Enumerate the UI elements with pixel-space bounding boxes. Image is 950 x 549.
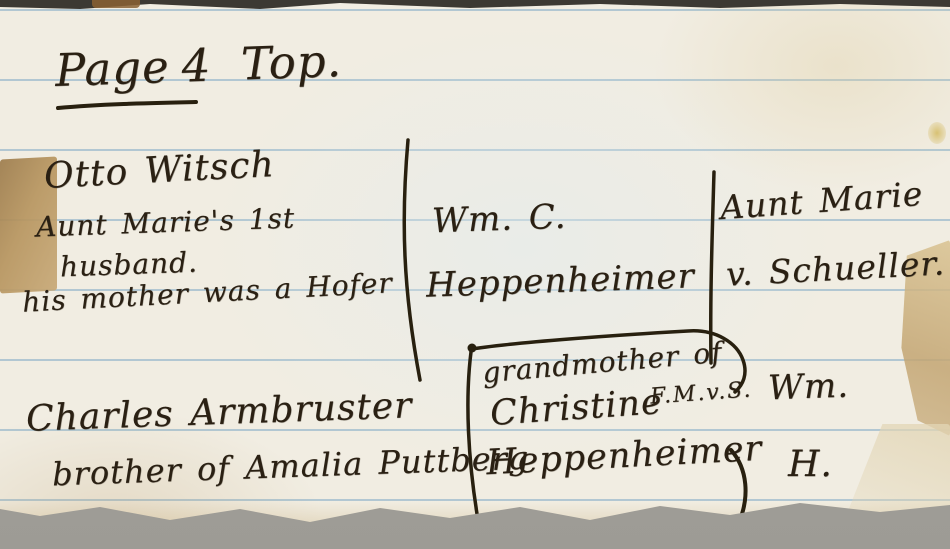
column-separator-right-stroke — [711, 172, 714, 363]
page-title: Page 4 Top. — [54, 37, 342, 94]
boxed-caption: grandmother of — [481, 338, 723, 388]
page-title-word: Page — [54, 43, 170, 94]
entry-wm-c-surname: Heppenheimer — [425, 259, 695, 304]
box-corner-blot — [468, 344, 477, 353]
boxed-initials: F.M.v.S. — [649, 378, 753, 408]
entry-wm-c: Wm. C. — [431, 200, 567, 240]
entry-charles-armbruster-note: brother of Amalia Puttberg — [52, 442, 530, 492]
note-card-paper: Page 4 Top. Otto Witsch Aunt Marie's 1st… — [0, 0, 950, 549]
top-edge-stain — [92, 0, 140, 8]
paper-spot — [928, 122, 946, 144]
title-underline-stroke — [58, 102, 196, 108]
entry-otto-witsch-relation: Aunt Marie's 1st — [36, 203, 296, 241]
entry-otto-witsch-name: Otto Witsch — [43, 146, 275, 196]
column-separator-left-stroke — [404, 140, 420, 380]
box-left-stroke — [468, 352, 478, 520]
photo-frame: Page 4 Top. Otto Witsch Aunt Marie's 1st… — [0, 0, 950, 549]
page-title-section: Top. — [240, 37, 342, 88]
entry-wm-h-first: Wm. — [767, 369, 849, 407]
entry-wm-h-last: H. — [788, 446, 833, 484]
entry-charles-armbruster: Charles Armbruster — [25, 387, 412, 438]
tape-residue-bottom-right — [846, 424, 950, 524]
boxed-name-first: Christine — [489, 384, 664, 433]
page-title-number: 4 — [181, 42, 212, 90]
entry-aunt-marie: Aunt Marie — [719, 177, 924, 226]
